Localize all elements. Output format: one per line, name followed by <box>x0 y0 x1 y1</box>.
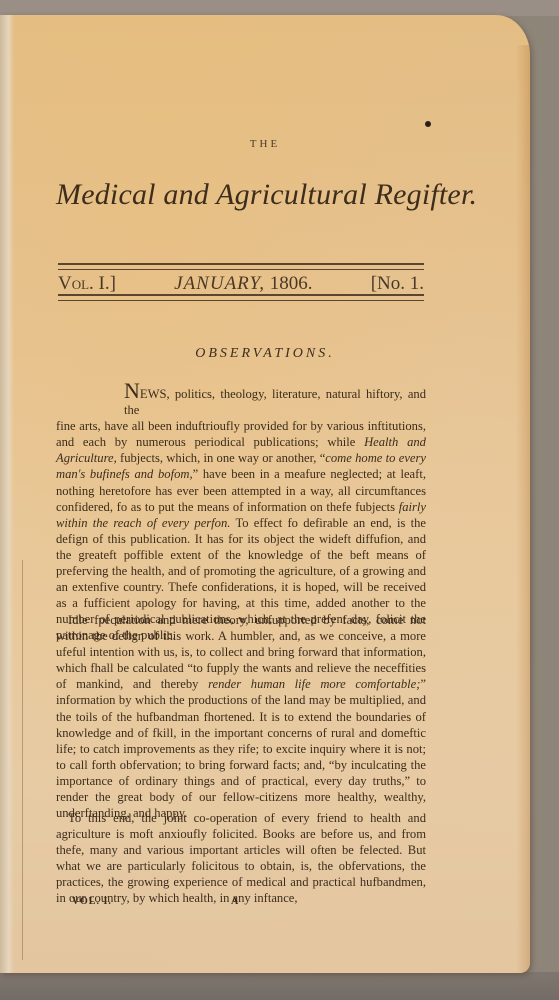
page-fold-line <box>22 560 23 960</box>
paragraph-2-text-b: ” information by which the productions o… <box>56 677 426 820</box>
masthead: Vol. I.] JANUARY, 1806. [No. 1. <box>58 273 424 295</box>
background-surface-top <box>0 0 559 16</box>
issue-year: 1806. <box>270 273 313 294</box>
header-the: THE <box>0 138 530 150</box>
paragraph-1-first-line: NEWS, politics, theology, literature, na… <box>56 383 426 418</box>
background-surface-bottom <box>0 972 559 1000</box>
paragraph-3: To this end, the joint co-operation of e… <box>56 810 426 907</box>
page-gutter <box>0 15 14 973</box>
volume-label: Vol. I.] <box>58 273 116 295</box>
issue-date: JANUARY, 1806. <box>174 273 312 295</box>
section-heading: OBSERVATIONS. <box>0 346 530 362</box>
paragraph-3-text: To this end, the joint co-operation of e… <box>56 811 426 905</box>
ink-speck <box>425 121 431 127</box>
masthead-rule-top <box>58 263 424 270</box>
masthead-rule-bottom <box>58 294 424 301</box>
paragraph-1: NEWS, politics, theology, literature, na… <box>56 383 426 644</box>
signature-mark: A <box>231 896 238 907</box>
publication-title: Medical and Agricultural Regifter. <box>56 178 536 212</box>
signature-label: VOL. I. <box>72 896 112 907</box>
paragraph-1-first-line-text: EWS, politics, theology, literature, nat… <box>124 387 426 417</box>
paragraph-1-text-b: fubjects, which, in one way or another, … <box>117 451 326 465</box>
issue-month: JANUARY, <box>174 273 265 294</box>
drop-cap: N <box>124 378 140 403</box>
paragraph-2: Idle fpeculation and mere theory, unfupp… <box>56 612 426 821</box>
paragraph-2-italic-a: render human life more comfortable; <box>208 677 420 691</box>
issue-number: [No. 1. <box>371 273 424 295</box>
